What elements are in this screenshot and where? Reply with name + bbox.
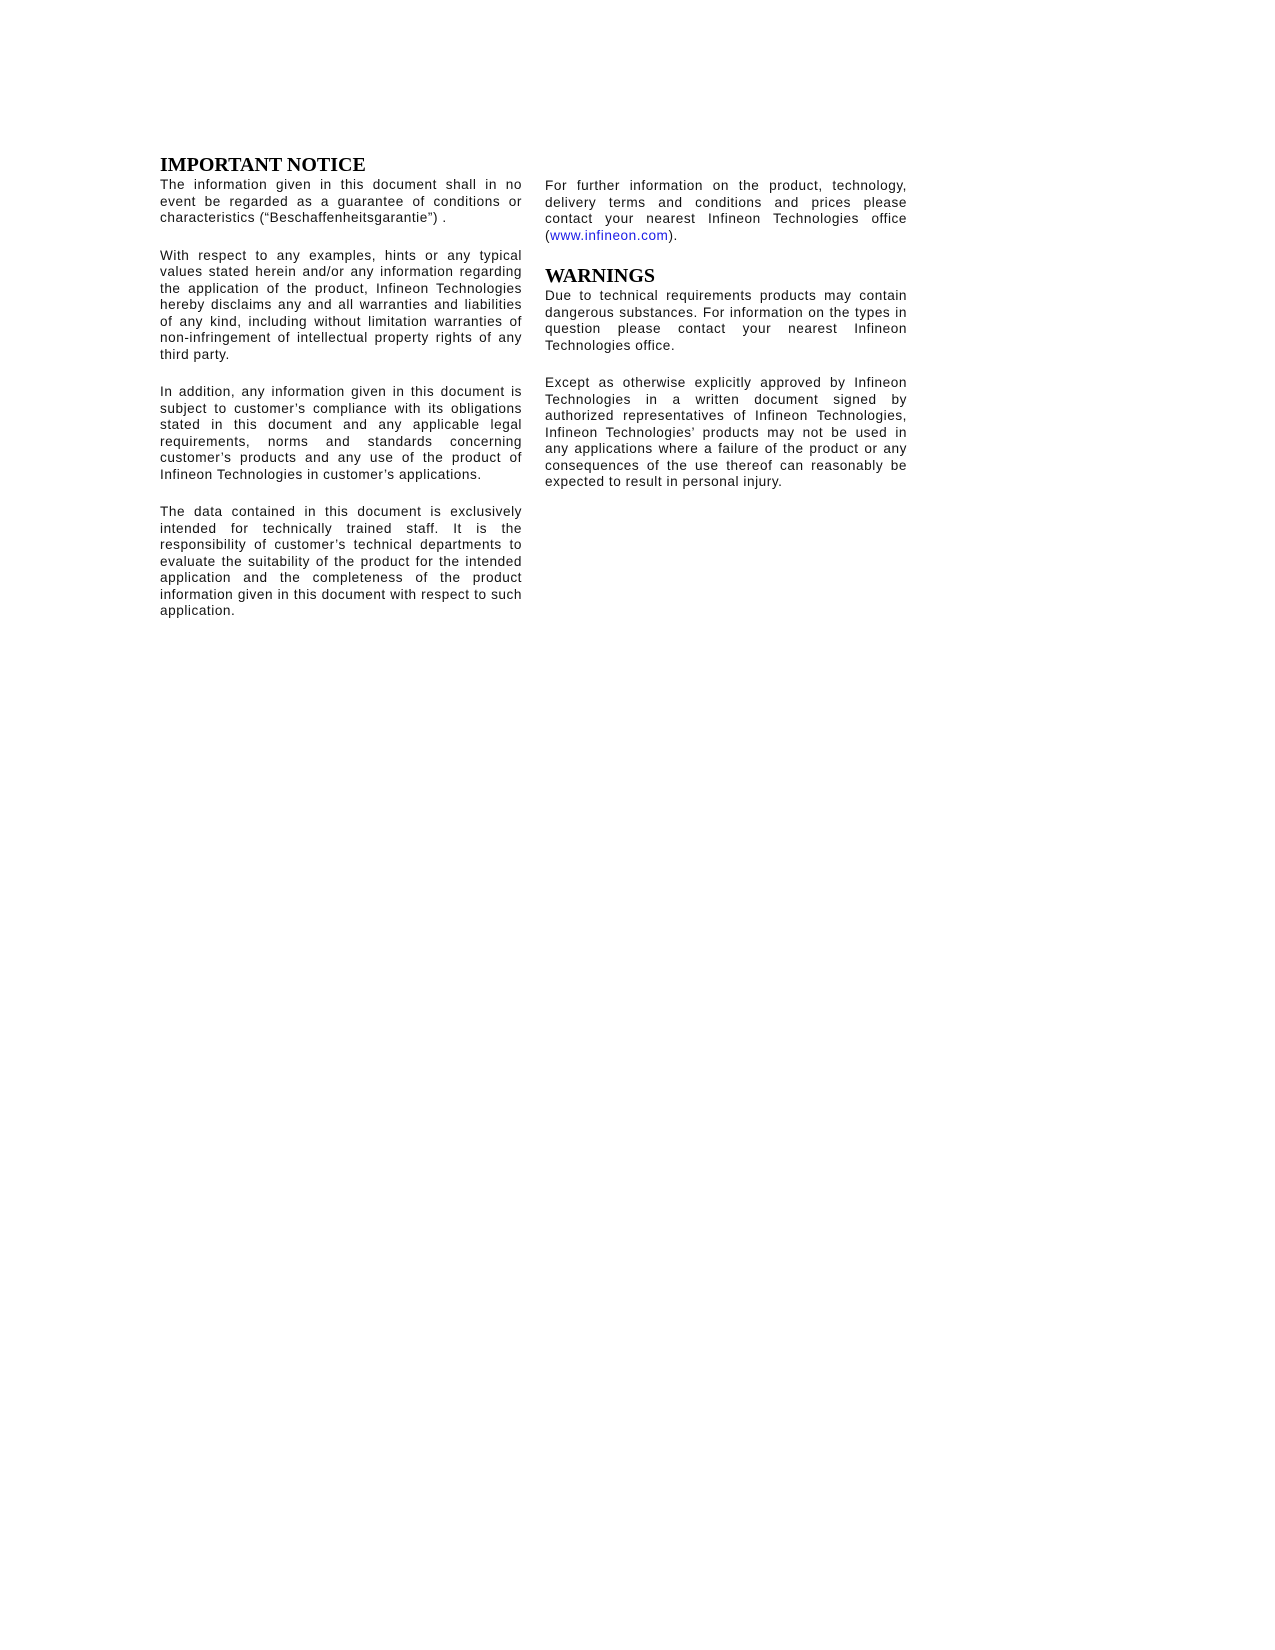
- notice-paragraph-compliance: In addition, any information given in th…: [160, 384, 522, 483]
- right-column: For further information on the product, …: [545, 178, 907, 512]
- further-info-paragraph: For further information on the product, …: [545, 178, 907, 244]
- notice-paragraph-guarantee: The information given in this document s…: [160, 177, 522, 227]
- important-notice-section: IMPORTANT NOTICE The information given i…: [160, 154, 522, 641]
- notice-paragraph-technical-staff: The data contained in this document is e…: [160, 504, 522, 620]
- notice-paragraph-disclaimer: With respect to any examples, hints or a…: [160, 248, 522, 364]
- warnings-paragraph-substances: Due to technical requirements products m…: [545, 288, 907, 354]
- infineon-website-link[interactable]: www.infineon.com: [550, 228, 668, 243]
- important-notice-heading: IMPORTANT NOTICE: [160, 154, 522, 176]
- warnings-paragraph-applications: Except as otherwise explicitly approved …: [545, 375, 907, 491]
- document-page: IMPORTANT NOTICE The information given i…: [0, 0, 1275, 1650]
- warnings-heading: WARNINGS: [545, 265, 907, 287]
- warnings-section: WARNINGS Due to technical requirements p…: [545, 265, 907, 491]
- further-info-text-end: ).: [668, 228, 677, 243]
